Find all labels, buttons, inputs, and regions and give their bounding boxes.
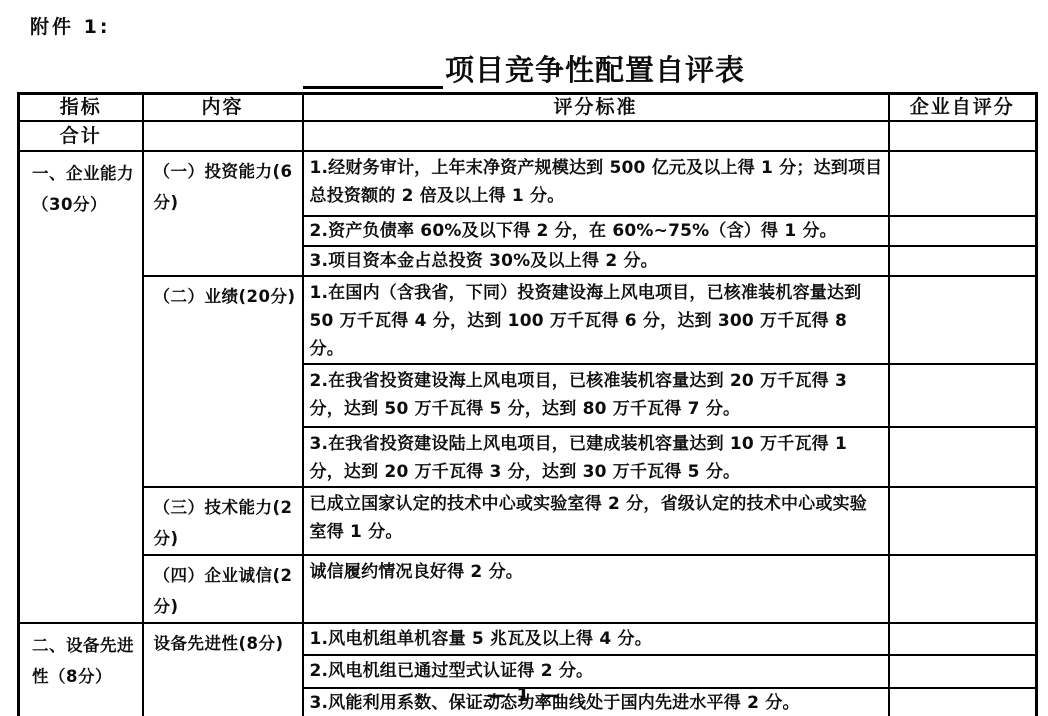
page-title: 项目竞争性配置自评表 [445, 48, 745, 89]
content-cell-enterprise-integrity: （四）企业诚信(2分) [143, 555, 303, 623]
self-score-cell [889, 655, 1037, 688]
self-score-cell [889, 364, 1037, 427]
criteria-cell: 3.在我省投资建设陆上风电项目，已建成装机容量达到 10 万千瓦得 1 分，达到… [303, 427, 889, 487]
criteria-cell: 1.风电机组单机容量 5 兆瓦及以上得 4 分。 [303, 623, 889, 655]
title-row: 项目竞争性配置自评表 [0, 48, 1048, 89]
attachment-label: 附件 1: [30, 12, 110, 39]
table-row: （二）业绩(20分) 1.在国内（含我省，下同）投资建设海上风电项目，已核准装机… [19, 276, 1037, 364]
content-cell-investment-capability: （一）投资能力(6分) [143, 151, 303, 276]
table-row: （三）技术能力(2分) 已成立国家认定的技术中心或实验室得 2 分，省级认定的技… [19, 487, 1037, 555]
table-header-row: 指标 内容 评分标准 企业自评分 [19, 94, 1037, 121]
criteria-cell: 2.在我省投资建设海上风电项目，已核准装机容量达到 20 万千瓦得 3 分，达到… [303, 364, 889, 427]
self-score-cell [889, 427, 1037, 487]
indicator-cell-enterprise-capability: 一、企业能力（30分） [19, 151, 143, 623]
criteria-cell: 2.风电机组已通过型式认证得 2 分。 [303, 655, 889, 688]
self-score-cell [889, 216, 1037, 246]
self-score-cell [889, 487, 1037, 555]
table-row: 一、企业能力（30分） （一）投资能力(6分) 1.经财务审计，上年末净资产规模… [19, 151, 1037, 216]
total-self-score-cell [889, 121, 1037, 151]
table-row: （四）企业诚信(2分) 诚信履约情况良好得 2 分。 [19, 555, 1037, 623]
self-score-cell [889, 555, 1037, 623]
self-score-cell [889, 276, 1037, 364]
header-self-score: 企业自评分 [889, 94, 1037, 121]
page-number: — 1 — [0, 684, 1048, 706]
content-cell-track-record: （二）业绩(20分) [143, 276, 303, 487]
evaluation-table: 指标 内容 评分标准 企业自评分 合计 一、企业能力（30分） （一）投资能力(… [17, 92, 1038, 716]
table-row: 二、设备先进性（8分） 设备先进性(8分) 1.风电机组单机容量 5 兆瓦及以上… [19, 623, 1037, 655]
criteria-cell: 2.资产负债率 60%及以下得 2 分，在 60%~75%（含）得 1 分。 [303, 216, 889, 246]
self-score-cell [889, 623, 1037, 655]
criteria-cell: 1.在国内（含我省，下同）投资建设海上风电项目，已核准装机容量达到 50 万千瓦… [303, 276, 889, 364]
criteria-cell: 1.经财务审计，上年末净资产规模达到 500 亿元及以上得 1 分；达到项目总投… [303, 151, 889, 216]
total-criteria-cell [303, 121, 889, 151]
criteria-cell: 已成立国家认定的技术中心或实验室得 2 分，省级认定的技术中心或实验室得 1 分… [303, 487, 889, 555]
header-content: 内容 [143, 94, 303, 121]
self-score-cell [889, 151, 1037, 216]
content-cell-technical-capability: （三）技术能力(2分) [143, 487, 303, 555]
header-indicator: 指标 [19, 94, 143, 121]
total-row: 合计 [19, 121, 1037, 151]
header-criteria: 评分标准 [303, 94, 889, 121]
criteria-cell: 3.项目资本金占总投资 30%及以上得 2 分。 [303, 246, 889, 276]
total-content-cell [143, 121, 303, 151]
criteria-cell: 诚信履约情况良好得 2 分。 [303, 555, 889, 623]
title-blank-underline [303, 59, 443, 89]
self-score-cell [889, 246, 1037, 276]
total-label-cell: 合计 [19, 121, 143, 151]
